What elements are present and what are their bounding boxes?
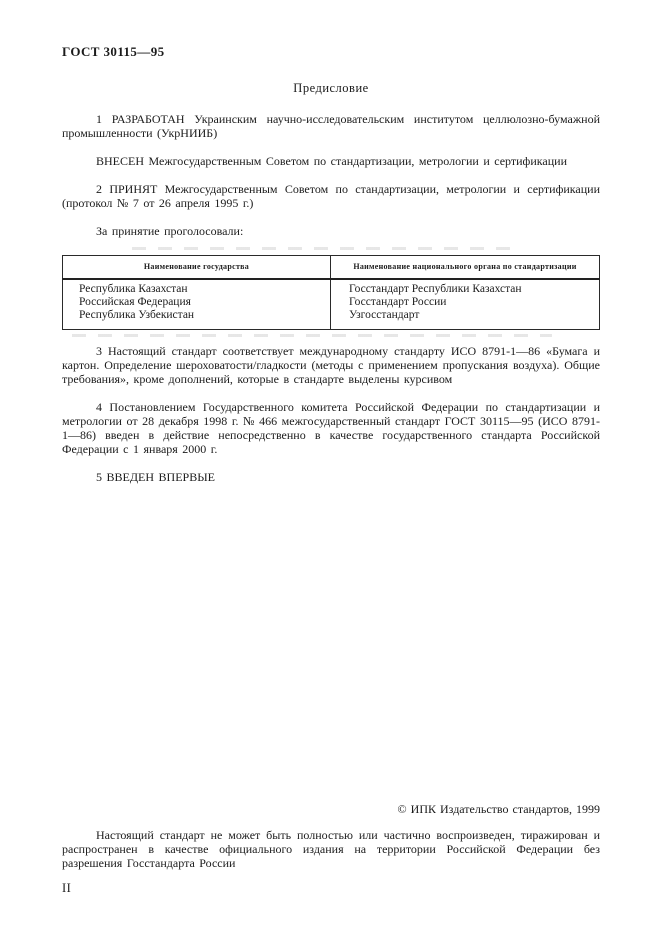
table-header-row: Наименование государства Наименование на… <box>63 256 600 280</box>
voting-table-header: Наименование государства Наименование на… <box>63 256 600 280</box>
org-cell: Госстандарт Республики Казахстан <box>331 279 600 296</box>
scan-artifact <box>132 247 522 250</box>
page-number: II <box>62 881 600 896</box>
legal-notice: Настоящий стандарт не может быть полност… <box>62 828 600 870</box>
voting-table-wrap: Наименование государства Наименование на… <box>62 255 600 330</box>
paragraph-submitted: ВНЕСЕН Межгосударственным Советом по ста… <box>62 154 600 168</box>
state-cell: Республика Узбекистан <box>63 309 331 330</box>
scan-artifact <box>72 334 552 337</box>
paragraph-introduced: 5 ВВЕДЕН ВПЕРВЫЕ <box>62 470 600 484</box>
table-row: Российская Федерация Госстандарт России <box>63 296 600 309</box>
org-cell: Узгосстандарт <box>331 309 600 330</box>
voting-table-body: Республика Казахстан Госстандарт Республ… <box>63 279 600 330</box>
paragraph-correspondence: 3 Настоящий стандарт соответствует между… <box>62 344 600 386</box>
document-code: ГОСТ 30115—95 <box>62 44 600 60</box>
org-cell: Госстандарт России <box>331 296 600 309</box>
paragraph-enactment: 4 Постановлением Государственного комите… <box>62 400 600 456</box>
table-row: Республика Казахстан Госстандарт Республ… <box>63 279 600 296</box>
paragraph-adopted: 2 ПРИНЯТ Межгосударственным Советом по с… <box>62 182 600 210</box>
state-cell: Российская Федерация <box>63 296 331 309</box>
column-header-org: Наименование национального органа по ста… <box>331 256 600 280</box>
voting-table: Наименование государства Наименование на… <box>62 255 600 330</box>
paragraph-voting-intro: За принятие проголосовали: <box>62 224 600 238</box>
paragraph-developed: 1 РАЗРАБОТАН Украинским научно-исследова… <box>62 112 600 140</box>
table-row: Республика Узбекистан Узгосстандарт <box>63 309 600 330</box>
copyright-line: © ИПК Издательство стандартов, 1999 <box>62 802 600 817</box>
preface-title: Предисловие <box>62 81 600 96</box>
document-page: ГОСТ 30115—95 Предисловие 1 РАЗРАБОТАН У… <box>0 0 661 936</box>
state-cell: Республика Казахстан <box>63 279 331 296</box>
column-header-state: Наименование государства <box>63 256 331 280</box>
